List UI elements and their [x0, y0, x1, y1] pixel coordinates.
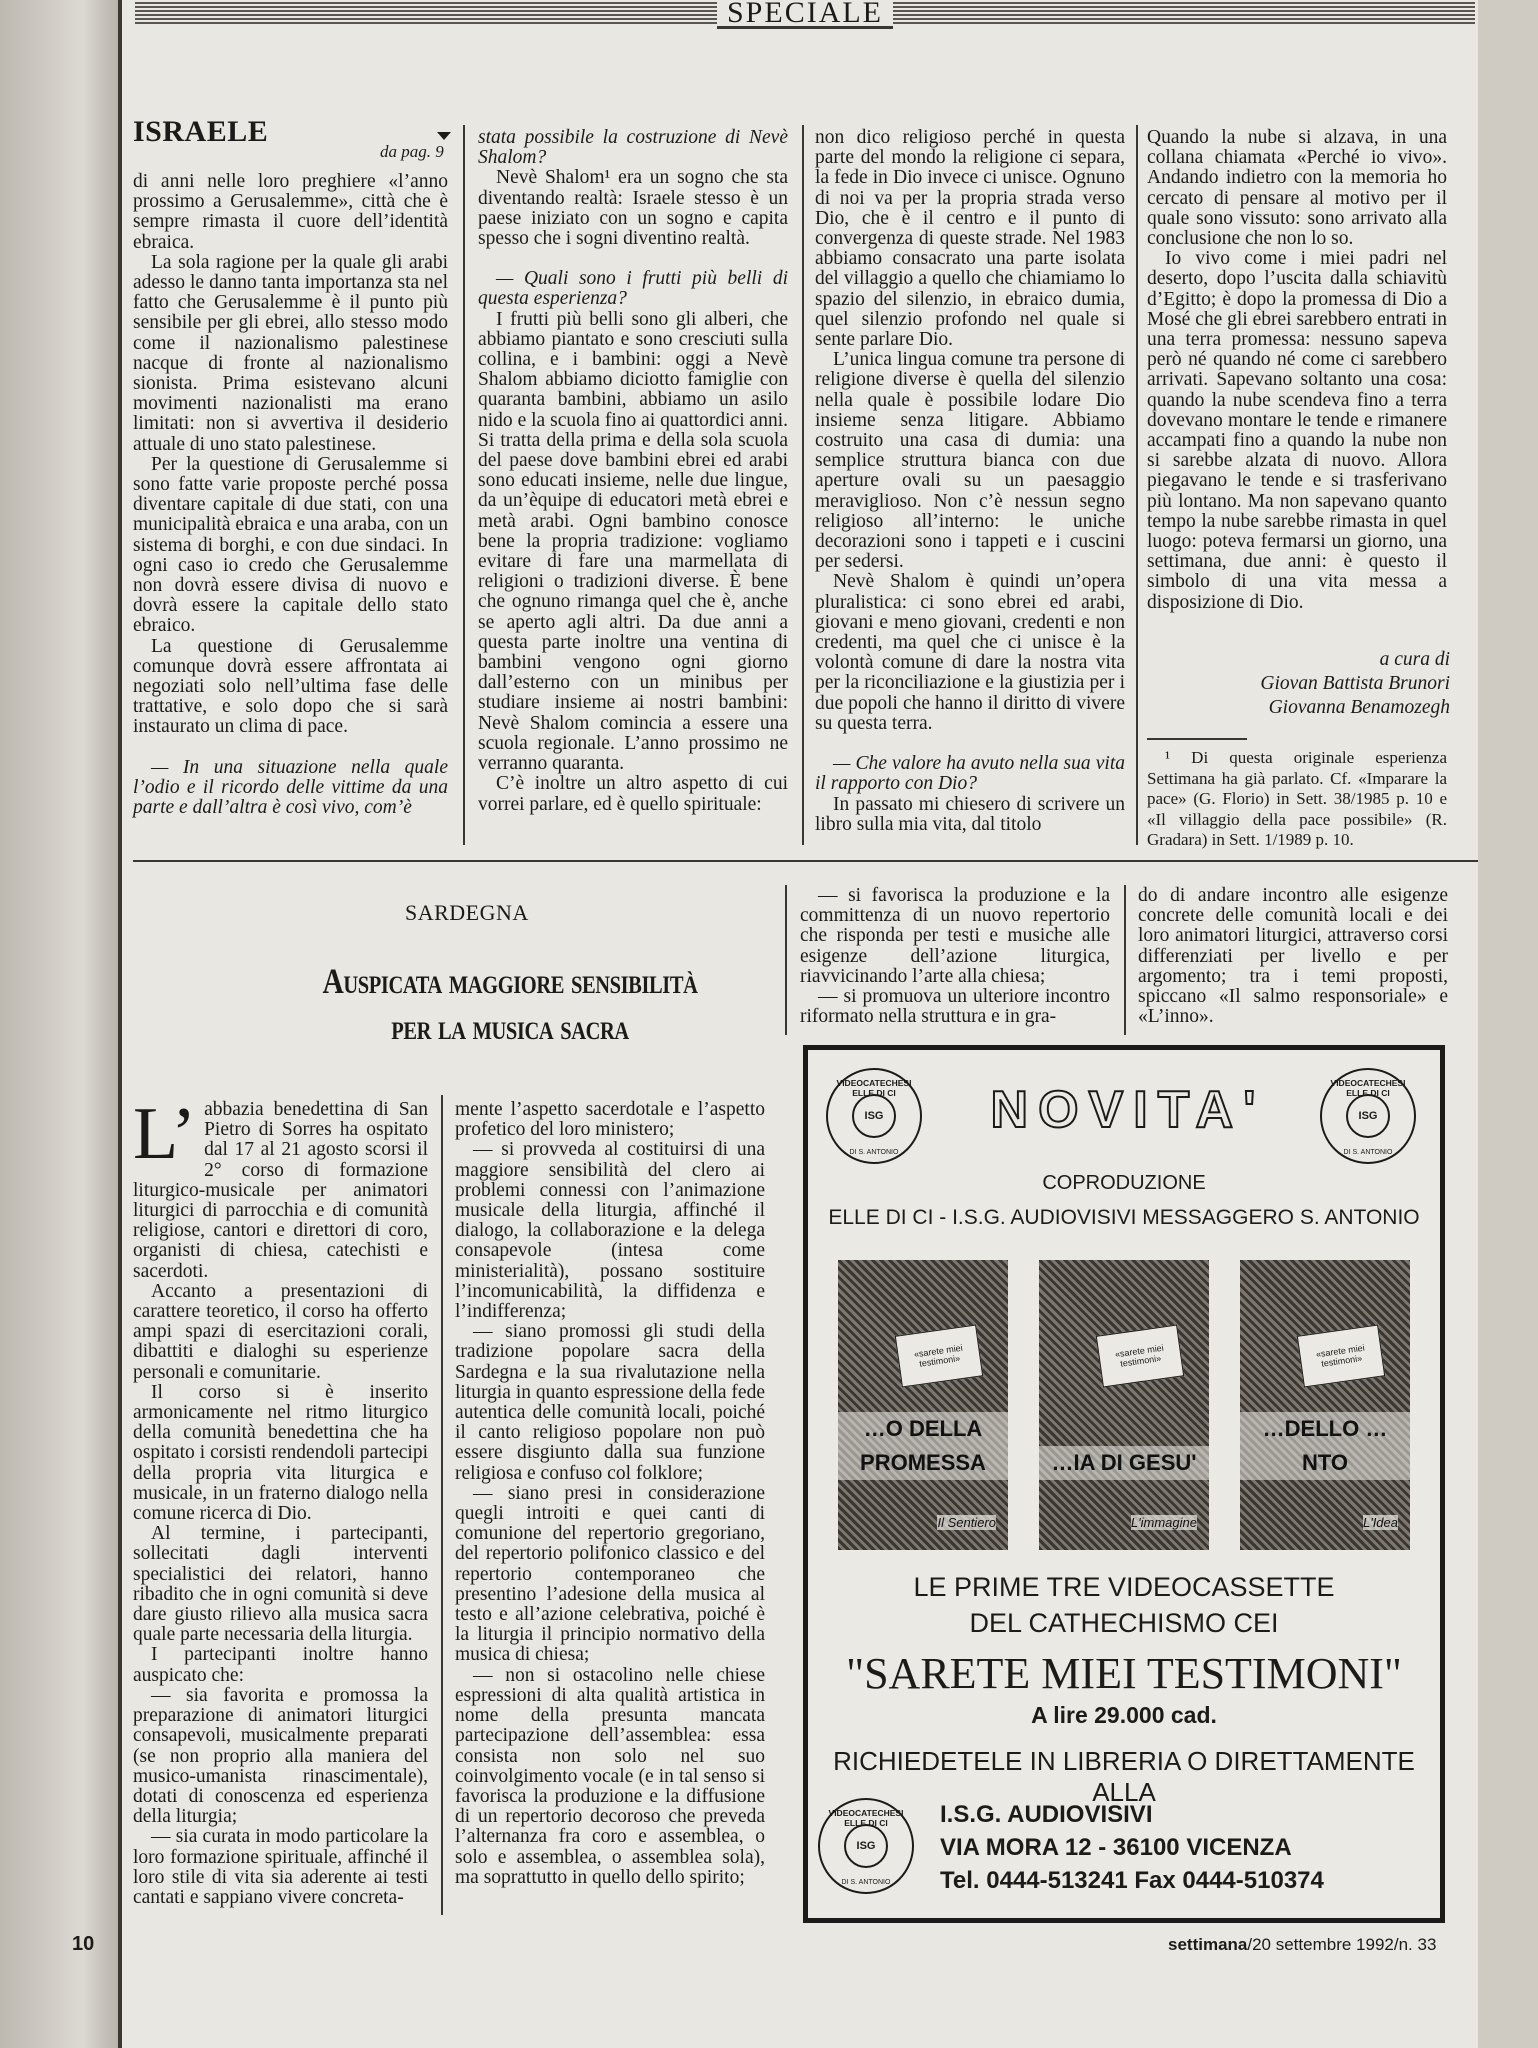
videocassette-covers: «sarete miei testimoni» …O DELLA PROMESS… — [838, 1260, 1410, 1550]
paragraph: mente l’aspetto sacerdotale e l’aspetto … — [455, 1100, 765, 1140]
israele-column-1: di anni nelle loro preghiere «l’anno pro… — [133, 172, 448, 818]
ad-line-1: LE PRIME TRE VIDEOCASSETTE — [808, 1572, 1440, 1603]
seal-logo-icon: VIDEOCATECHESI ELLE DI CI ISG DI S. ANTO… — [826, 1068, 922, 1164]
credit-author-1: Giovan Battista Brunori — [1150, 672, 1450, 696]
sardegna-column-2: mente l’aspetto sacerdotale e l’aspetto … — [455, 1100, 765, 1888]
cover-1: «sarete miei testimoni» …O DELLA PROMESS… — [838, 1260, 1008, 1550]
cover-title: …IA DI GESU' — [1039, 1446, 1209, 1480]
article-heading-israele: ISRAELE — [133, 115, 268, 149]
israele-column-3: non dico religioso perché in questa part… — [815, 128, 1125, 835]
paragraph: — Che valore ha avuto nella sua vita il … — [815, 754, 1125, 794]
ad-contact: I.S.G. AUDIOVISIVI VIA MORA 12 - 36100 V… — [940, 1798, 1324, 1897]
cover-signature: Il Sentiero — [937, 1515, 996, 1530]
contact-name: I.S.G. AUDIOVISIVI — [940, 1798, 1324, 1831]
paragraph: di anni nelle loro preghiere «l’anno pro… — [133, 172, 448, 253]
cover-2: «sarete miei testimoni» …IA DI GESU' L'i… — [1039, 1260, 1209, 1550]
seal-ring-text: VIDEOCATECHESI ELLE DI CI — [828, 1078, 920, 1098]
continued-from: da pag. 9 — [380, 142, 444, 162]
paragraph: do di andare incontro alle esigenze conc… — [1138, 886, 1448, 1027]
article-headline: Auspicata maggiore sensibilità per la mu… — [297, 958, 723, 1050]
paragraph: Per la questione di Gerusalemme si sono … — [133, 455, 448, 637]
cover-label: «sarete miei testimoni» — [1096, 1325, 1184, 1388]
paragraph: I frutti più belli sono gli alberi, che … — [478, 310, 788, 775]
producers: ELLE DI CI - I.S.G. AUDIOVISIVI MESSAGGE… — [808, 1206, 1440, 1230]
column-divider — [1136, 125, 1138, 845]
banner-stripes-left — [135, 2, 717, 26]
issue-info: /20 settembre 1992/n. 33 — [1247, 1935, 1436, 1954]
advertisement-box: VIDEOCATECHESI ELLE DI CI ISG DI S. ANTO… — [803, 1045, 1445, 1923]
paragraph: L’abbazia benedettina di San Pietro di S… — [133, 1100, 428, 1282]
paragraph: La questione di Gerusalemme comunque dov… — [133, 637, 448, 738]
seal-ring-bottom: DI S. ANTONIO — [1322, 1149, 1414, 1156]
coproduction-label: COPRODUZIONE — [808, 1172, 1440, 1195]
credit-author-2: Giovanna Benamozegh — [1150, 696, 1450, 720]
paragraph: Il corso si è inserito armonicamente nel… — [133, 1383, 428, 1524]
article-kicker: SARDEGNA — [405, 900, 529, 926]
ad-price: A lire 29.000 cad. — [808, 1702, 1440, 1729]
paragraph: Quando la nube si alzava, in una collana… — [1147, 128, 1447, 249]
paragraph: stata possibile la costruzione di Nevè S… — [478, 128, 788, 168]
israele-column-2: stata possibile la costruzione di Nevè S… — [478, 128, 788, 815]
paragraph: — sia favorita e promossa la preparazion… — [133, 1686, 428, 1827]
paragraph: — In una situazione nella quale l’odio e… — [133, 758, 448, 819]
paragraph: L’unica lingua comune tra persone di rel… — [815, 350, 1125, 572]
column-divider — [463, 125, 465, 845]
section-banner: SPECIALE — [135, 0, 1475, 28]
drop-cap: L’ — [133, 1104, 196, 1164]
paragraph: In passato mi chiesero di scrivere un li… — [815, 795, 1125, 835]
credit-label: a cura di — [1150, 648, 1450, 672]
cover-signature: L'Idea — [1363, 1515, 1398, 1530]
seal-center: ISG — [852, 1094, 896, 1138]
israele-column-4: Quando la nube si alzava, in una collana… — [1147, 128, 1447, 613]
seal-center: ISG — [1346, 1094, 1390, 1138]
sardegna-column-3: — si favorisca la produzione e la commit… — [800, 886, 1110, 1027]
headline-line-2: per la musica sacra — [297, 1004, 723, 1050]
page-shadow — [0, 0, 118, 2048]
ad-title: "SARETE MIEI TESTIMONI" — [808, 1648, 1440, 1699]
publication-info: settimana/20 settembre 1992/n. 33 — [1168, 1935, 1436, 1955]
paragraph: non dico religioso perché in questa part… — [815, 128, 1125, 350]
paragraph: Accanto a presentazioni di carattere teo… — [133, 1282, 428, 1383]
page-edge — [118, 0, 122, 2048]
paragraph: C’è inoltre un altro aspetto di cui vorr… — [478, 774, 788, 814]
cover-label: «sarete miei testimoni» — [895, 1325, 983, 1388]
paragraph: — siano presi in considerazione quegli i… — [455, 1484, 765, 1666]
footnote: ¹ Di questa originale esperienza Settima… — [1147, 748, 1447, 851]
paragraph: Io vivo come i miei padri nel deserto, d… — [1147, 249, 1447, 613]
ad-line-2: DEL CATHECHISMO CEI — [808, 1608, 1440, 1639]
cover-signature: L'immagine — [1131, 1515, 1197, 1530]
paragraph: — sia curata in modo particolare la loro… — [133, 1827, 428, 1908]
paragraph: La sola ragione per la quale gli arabi a… — [133, 253, 448, 455]
article-separator — [133, 860, 1478, 862]
paragraph: — si favorisca la produzione e la commit… — [800, 886, 1110, 987]
paragraph: Nevè Shalom¹ era un sogno che sta divent… — [478, 168, 788, 249]
continuation-arrow-icon — [437, 132, 451, 140]
column-divider — [785, 885, 787, 1035]
seal-ring-text: VIDEOCATECHESI ELLE DI CI — [1322, 1078, 1414, 1098]
seal-logo-icon: VIDEOCATECHESI ELLE DI CI ISG DI S. ANTO… — [1320, 1068, 1416, 1164]
column-divider — [1124, 885, 1126, 1035]
contact-address: VIA MORA 12 - 36100 VICENZA — [940, 1831, 1324, 1864]
publication-name: settimana — [1168, 1935, 1247, 1954]
footnote-rule — [1147, 738, 1247, 740]
section-label: SPECIALE — [717, 0, 893, 29]
sardegna-column-1: L’abbazia benedettina di San Pietro di S… — [133, 1100, 428, 1908]
paragraph: — si provveda al costituirsi di una magg… — [455, 1140, 765, 1322]
paragraph: Nevè Shalom è quindi un’opera pluralisti… — [815, 572, 1125, 734]
cover-title: …O DELLA PROMESSA — [838, 1412, 1008, 1480]
cover-label: «sarete miei testimoni» — [1297, 1325, 1385, 1388]
seal-logo-icon: VIDEOCATECHESI ELLE DI CI ISG DI S. ANTO… — [818, 1798, 914, 1894]
contact-phone: Tel. 0444-513241 Fax 0444-510374 — [940, 1864, 1324, 1897]
seal-ring-bottom: DI S. ANTONIO — [828, 1149, 920, 1156]
paragraph: I partecipanti inoltre hanno auspicato c… — [133, 1645, 428, 1685]
cover-title: …DELLO …NTO — [1240, 1412, 1410, 1480]
banner-stripes-right — [893, 2, 1475, 26]
cover-3: «sarete miei testimoni» …DELLO …NTO L'Id… — [1240, 1260, 1410, 1550]
seal-ring-bottom: DI S. ANTONIO — [820, 1879, 912, 1886]
paragraph: — non si ostacolino nelle chiese espress… — [455, 1666, 765, 1888]
column-divider — [802, 125, 804, 845]
headline-line-1: Auspicata maggiore sensibilità — [297, 958, 723, 1004]
seal-center: ISG — [844, 1824, 888, 1868]
seal-ring-text: VIDEOCATECHESI ELLE DI CI — [820, 1808, 912, 1828]
paragraph: Al termine, i partecipanti, sollecitati … — [133, 1524, 428, 1645]
column-divider — [441, 1095, 443, 1915]
ad-headline: NOVITA' — [978, 1080, 1278, 1140]
page-number: 10 — [72, 1933, 94, 1956]
sardegna-column-4: do di andare incontro alle esigenze conc… — [1138, 886, 1448, 1027]
paragraph: — Quali sono i frutti più belli di quest… — [478, 269, 788, 309]
paragraph: — siano promossi gli studi della tradizi… — [455, 1322, 765, 1484]
paragraph: — si promuova un ulteriore incontro rifo… — [800, 987, 1110, 1027]
article-credit: a cura di Giovan Battista Brunori Giovan… — [1150, 648, 1450, 720]
